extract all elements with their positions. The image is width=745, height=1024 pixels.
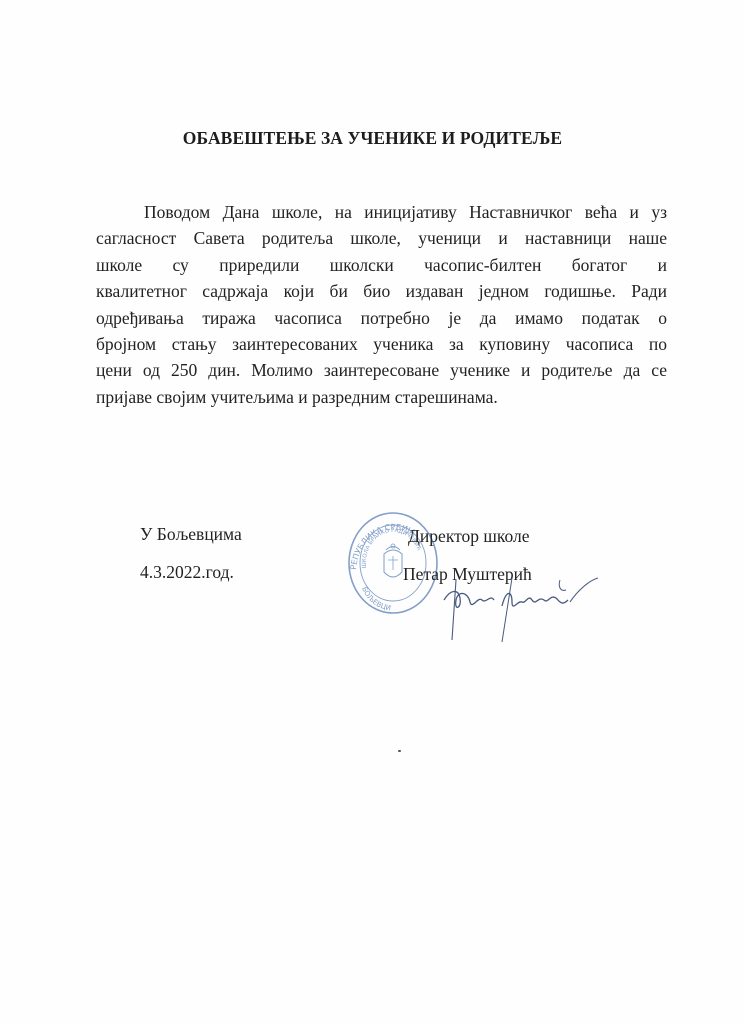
signature-icon <box>440 560 600 645</box>
document-page: ОБАВЕШТЕЊЕ ЗА УЧЕНИКЕ И РОДИТЕЉЕ Поводом… <box>0 0 745 1024</box>
body-line: цени од 250 дин. Молимо заинтересоване у… <box>96 357 667 383</box>
body-line: Поводом Дана школе, на иницијативу Наста… <box>96 199 667 225</box>
body-line: пријаве својим учитељима и разредним ста… <box>96 384 667 410</box>
body-line: одређивања тиража часописа потребно је д… <box>96 305 667 331</box>
date-text: 4.3.2022.год. <box>140 562 234 583</box>
document-title: ОБАВЕШТЕЊЕ ЗА УЧЕНИКЕ И РОДИТЕЉЕ <box>0 128 745 149</box>
place-text: У Бољевцима <box>140 524 242 545</box>
body-line: школе су приредили школски часопис-билте… <box>96 252 667 278</box>
body-line: квалитетног садржаја који би био издаван… <box>96 278 667 304</box>
stray-mark <box>398 750 401 752</box>
signatory-title: Директор школе <box>408 526 530 547</box>
body-paragraph: Поводом Дана школе, на иницијативу Наста… <box>96 199 667 410</box>
body-line: сагласност Савета родитеља школе, учениц… <box>96 225 667 251</box>
body-line: бројном стању заинтересованих ученика за… <box>96 331 667 357</box>
